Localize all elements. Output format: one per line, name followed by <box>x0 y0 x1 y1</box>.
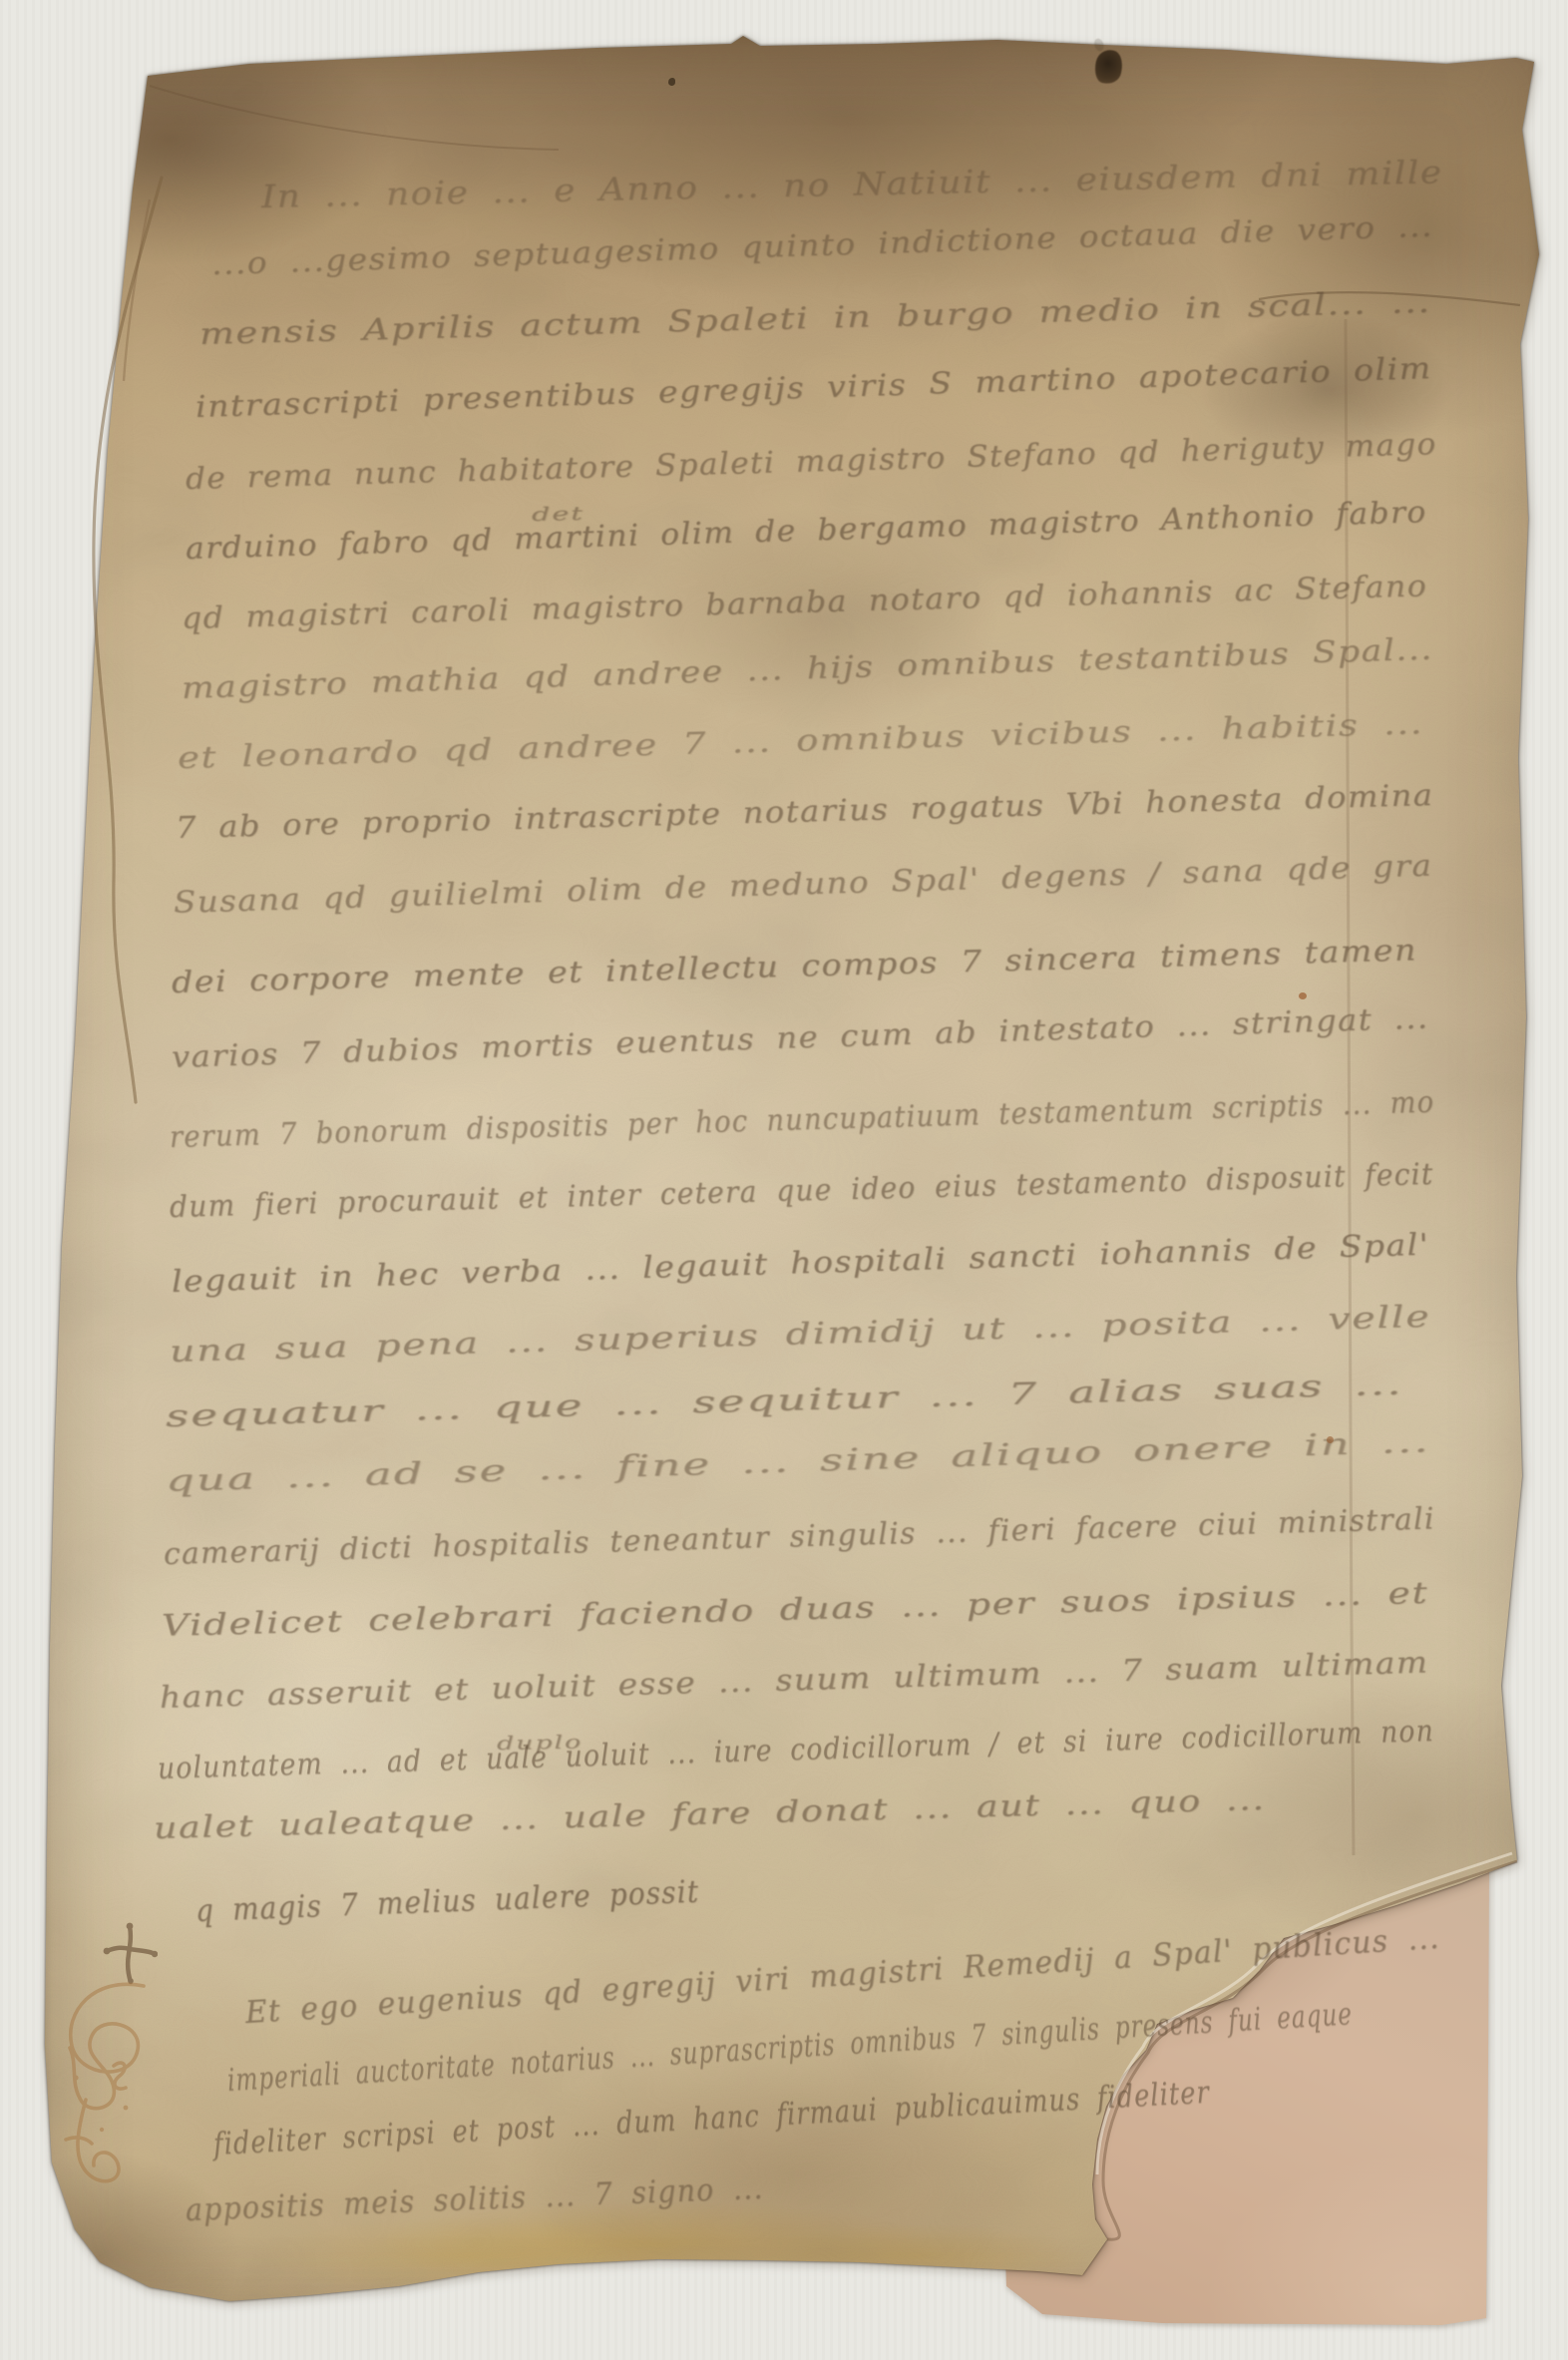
manuscript-line-body: ...o ...gesimo septuagesimo quinto indic… <box>210 209 1433 282</box>
manuscript-text: In ... noie ... e Anno ... no Natiuit ..… <box>0 0 1568 2360</box>
rust-speck <box>1327 1436 1334 1443</box>
manuscript-line-body: magistro mathia qd andree ... hijs omnib… <box>181 632 1433 706</box>
rust-speck <box>1299 992 1307 999</box>
manuscript-line-body: rerum 7 bonorum dispositis per hoc nuncu… <box>170 1085 1435 1155</box>
notarial-sign <box>56 1980 188 2191</box>
manuscript-line-body: arduino fabro qd martini olim de bergamo… <box>185 495 1427 567</box>
manuscript-line-body: 7 ab ore proprio intrascripte notarius r… <box>176 778 1434 846</box>
manuscript-line-body: et leonardo qd andree 7 ... omnibus vici… <box>178 706 1424 776</box>
manuscript-line-body: In ... noie ... e Anno ... no Natiuit ..… <box>261 153 1443 215</box>
manuscript-line-body: qd magistri caroli magistro barnaba nota… <box>182 569 1428 636</box>
manuscript-line-body: varios 7 dubios mortis euentus ne cum ab… <box>171 1000 1429 1075</box>
manuscript-line-body: mensis Aprilis actum Spaleti in burgo me… <box>199 285 1432 352</box>
manuscript-line-body: dum fieri procurauit et inter cetera que… <box>170 1157 1434 1225</box>
manuscript-line-body: una sua pena ... superius dimidij ut ...… <box>170 1300 1431 1370</box>
manuscript-line-closing: q magis 7 melius ualere possit <box>195 1874 699 1929</box>
manuscript-line-body: camerarij dicti hospitalis teneantur sin… <box>164 1501 1436 1572</box>
manuscript-line-body: de rema nunc habitatore Spaleti magistro… <box>186 427 1438 497</box>
manuscript-line-body: legauit in hec verba ... legauit hospita… <box>171 1228 1429 1300</box>
manuscript-line-body: uoluntatem ... ad et uale uoluit ... iur… <box>157 1714 1434 1786</box>
manuscript-line-body: hanc asseruit et uoluit esse ... suum ul… <box>160 1645 1429 1716</box>
manuscript-line-notarial: appositis meis solitis ... 7 signo ... <box>185 2170 764 2228</box>
cross-mark <box>100 1920 158 1986</box>
ink-speck <box>668 78 675 86</box>
manuscript-line-body: dei corpore mente et intellectu compos 7… <box>172 933 1418 1000</box>
manuscript-line-body: intrascripti presentibus egregijs viris … <box>195 351 1432 425</box>
manuscript-line-body: sequatur ... que ... sequitur ... 7 alia… <box>166 1368 1403 1434</box>
manuscript-line-body: Susana qd guilielmi olim de meduno Spal'… <box>173 849 1432 921</box>
scan-background: In ... noie ... e Anno ... no Natiuit ..… <box>0 0 1568 2360</box>
manuscript-line-body: ualet ualeatque ... uale fare donat ... … <box>154 1782 1266 1846</box>
manuscript-line-body: Videlicet celebrari faciendo duas ... pe… <box>162 1576 1429 1644</box>
manuscript-line-body: qua ... ad se ... fine ... sine aliquo o… <box>165 1424 1430 1499</box>
